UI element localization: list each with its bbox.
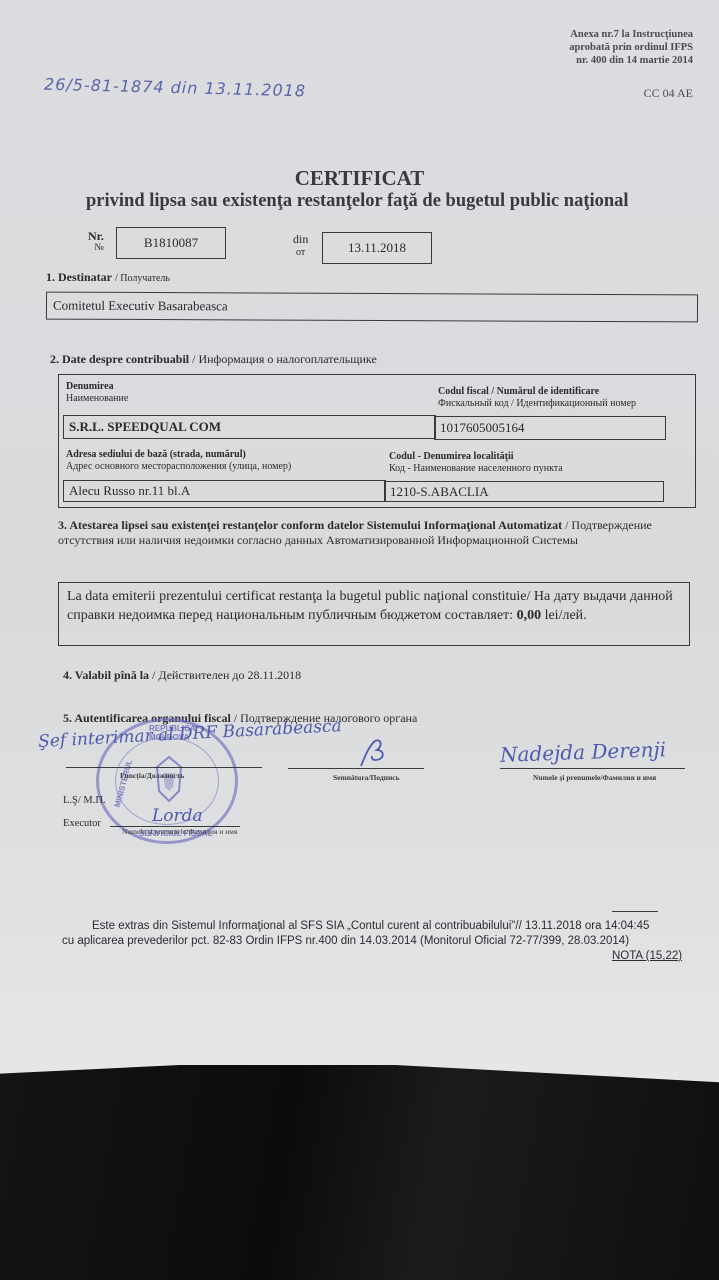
handwritten-reference: 26/5-81-1874 din 13.11.2018 bbox=[44, 75, 306, 101]
arrears-statement: La data emiterii prezentului certificat … bbox=[58, 582, 690, 646]
certificate-page: Anexa nr.7 la Instrucţiunea aprobată pri… bbox=[0, 0, 719, 1090]
footer-line-1: Este extras din Sistemul Informaţional a… bbox=[92, 920, 649, 932]
address-label-ro: Adresa sediului de bază (strada, numărul… bbox=[66, 449, 246, 460]
fiscal-code-label-ro: Codul fiscal / Numărul de identificare bbox=[438, 386, 599, 397]
section-2-heading-ru: / Информация о налогоплательщике bbox=[192, 352, 377, 366]
function-label: Funcţia/Должность bbox=[120, 771, 184, 780]
locality-label-ro: Codul - Denumirea localităţii bbox=[389, 451, 514, 462]
certificate-number: B1810087 bbox=[116, 227, 226, 259]
page-subtitle: privind lipsa sau existenţa restanţelor … bbox=[86, 191, 629, 212]
executor-name-label: Numele şi prenumele/Фамилия и имя bbox=[122, 827, 237, 836]
name-label: Denumirea Наименование bbox=[66, 381, 128, 405]
page-title: CERTIFICAT bbox=[0, 166, 719, 191]
currency: lei/лей. bbox=[545, 608, 587, 623]
name-label-ru: Наименование bbox=[66, 393, 128, 404]
date-label-ru: от bbox=[293, 246, 308, 259]
name-line bbox=[500, 768, 685, 769]
footer-rule bbox=[612, 911, 658, 912]
certificate-date: 13.11.2018 bbox=[322, 232, 432, 264]
function-line bbox=[66, 767, 262, 768]
name-label: Numele şi prenumele/Фамилия и имя bbox=[533, 773, 656, 782]
annex-line: aprobată prin ordinul IFPS bbox=[569, 41, 693, 54]
section-1-heading-ru: / Получатель bbox=[115, 273, 170, 284]
name-label-ro: Denumirea bbox=[66, 381, 114, 392]
section-2-heading: 2. Date despre contribuabil / Информация… bbox=[50, 352, 377, 367]
background-fabric bbox=[0, 1065, 719, 1280]
address-field: Alecu Russo nr.11 bl.A bbox=[63, 480, 386, 502]
fiscal-code-label-ru: Фискальный код / Идентификационный номер bbox=[438, 398, 636, 409]
section-1-heading: 1. Destinatar / Получатель bbox=[46, 270, 170, 285]
footer-line-2: cu aplicarea prevederilor pct. 82-83 Ord… bbox=[62, 935, 629, 947]
section-1-heading-ro: 1. Destinatar bbox=[46, 270, 112, 284]
section-3-heading-ro: 3. Atestarea lipsei sau existenţei resta… bbox=[58, 518, 562, 532]
handwritten-name: Nadejda Derenji bbox=[500, 737, 667, 767]
address-label-ru: Адрес основного месторасположения (улица… bbox=[66, 461, 291, 472]
coat-of-arms-icon bbox=[151, 755, 187, 805]
company-name-field: S.R.L. SPEEDQUAL COM bbox=[63, 415, 436, 439]
annex-note: Anexa nr.7 la Instrucţiunea aprobată pri… bbox=[569, 28, 693, 67]
footer-note: NOTA (15,22) bbox=[612, 950, 682, 962]
number-label-ru: № bbox=[88, 242, 104, 254]
signature-label: Semnătura/Подпись bbox=[333, 773, 400, 782]
recipient-field: Comitetul Executiv Basarabeasca bbox=[46, 292, 698, 323]
fiscal-code-field: 1017605005164 bbox=[434, 416, 666, 440]
validity-label-ro: 4. Valabil pînă la bbox=[63, 668, 149, 682]
form-code: CC 04 AE bbox=[644, 86, 693, 101]
signature-mark bbox=[355, 738, 389, 768]
date-label-ro: din bbox=[293, 233, 308, 246]
signature-line bbox=[288, 768, 424, 769]
annex-line: Anexa nr.7 la Instrucţiunea bbox=[569, 28, 693, 41]
number-label: Nr. № bbox=[88, 230, 104, 254]
locality-label-ru: Код - Наименование населенного пункта bbox=[389, 463, 563, 474]
fiscal-code-label: Codul fiscal / Numărul de identificare Ф… bbox=[438, 386, 636, 410]
number-label-ro: Nr. bbox=[88, 230, 104, 242]
address-label: Adresa sediului de bază (strada, numărul… bbox=[66, 449, 291, 473]
section-2-heading-ro: 2. Date despre contribuabil bbox=[50, 352, 189, 366]
handwritten-executor: Lorda bbox=[152, 806, 203, 826]
locality-field: 1210-S.ABACLIA bbox=[384, 481, 664, 502]
arrears-amount: 0,00 bbox=[517, 608, 542, 623]
section-4-validity: 4. Valabil pînă la / Действителен до 28.… bbox=[63, 668, 301, 683]
annex-line: nr. 400 din 14 martie 2014 bbox=[569, 54, 693, 67]
seal-label: L.Ş/ M.П. bbox=[63, 795, 106, 806]
locality-label: Codul - Denumirea localităţii Код - Наим… bbox=[389, 451, 563, 475]
executor-label: Executor bbox=[63, 818, 101, 829]
date-label: din от bbox=[293, 233, 308, 259]
section-3-heading: 3. Atestarea lipsei sau existenţei resta… bbox=[58, 518, 698, 548]
validity-date: / Действителен до 28.11.2018 bbox=[152, 668, 301, 682]
